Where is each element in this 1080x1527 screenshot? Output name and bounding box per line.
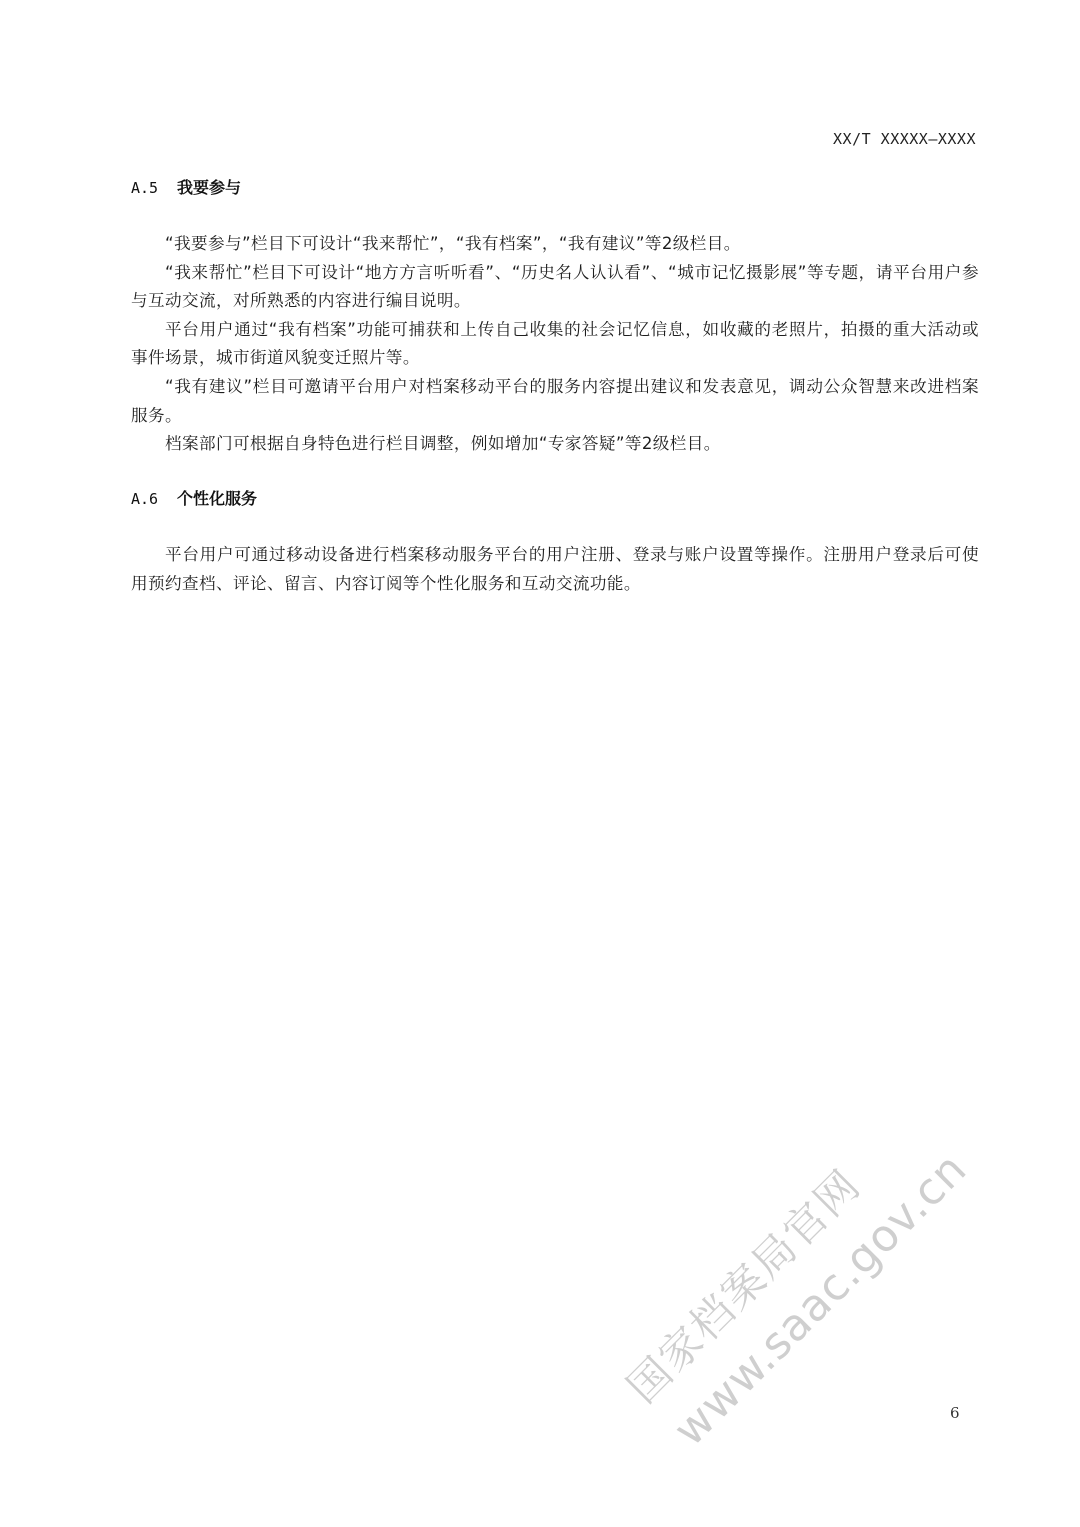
paragraph: 平台用户可通过移动设备进行档案移动服务平台的用户注册、登录与账户设置等操作。注册… [131,541,979,598]
paragraph: “我来帮忙”栏目下可设计“地方方言听听看”、“历史名人认认看”、“城市记忆摄影展… [131,259,979,316]
paragraph: 平台用户通过“我有档案”功能可捕获和上传自己收集的社会记忆信息，如收藏的老照片，… [131,316,979,373]
section-number: A.5 [131,176,177,200]
section-a6: A.6个性化服务 平台用户可通过移动设备进行档案移动服务平台的用户注册、登录与账… [131,487,979,598]
paragraph: “我要参与”栏目下可设计“我来帮忙”，“我有档案”，“我有建议”等2级栏目。 [131,230,979,259]
section-title: 个性化服务 [177,489,257,508]
section-heading: A.5我要参与 [131,176,979,200]
paragraph: 档案部门可根据自身特色进行栏目调整，例如增加“专家答疑”等2级栏目。 [131,430,979,459]
page-number: 6 [950,1404,960,1422]
section-heading: A.6个性化服务 [131,487,979,511]
section-number: A.6 [131,487,177,511]
section-body: “我要参与”栏目下可设计“我来帮忙”，“我有档案”，“我有建议”等2级栏目。 “… [131,230,979,459]
section-title: 我要参与 [177,178,241,197]
section-body: 平台用户可通过移动设备进行档案移动服务平台的用户注册、登录与账户设置等操作。注册… [131,541,979,598]
section-a5: A.5我要参与 “我要参与”栏目下可设计“我来帮忙”，“我有档案”，“我有建议”… [131,176,979,459]
standard-code-header: XX/T XXXXX—XXXX [833,130,976,148]
document-page: XX/T XXXXX—XXXX A.5我要参与 “我要参与”栏目下可设计“我来帮… [0,0,1080,1527]
paragraph: “我有建议”栏目可邀请平台用户对档案移动平台的服务内容提出建议和发表意见，调动公… [131,373,979,430]
